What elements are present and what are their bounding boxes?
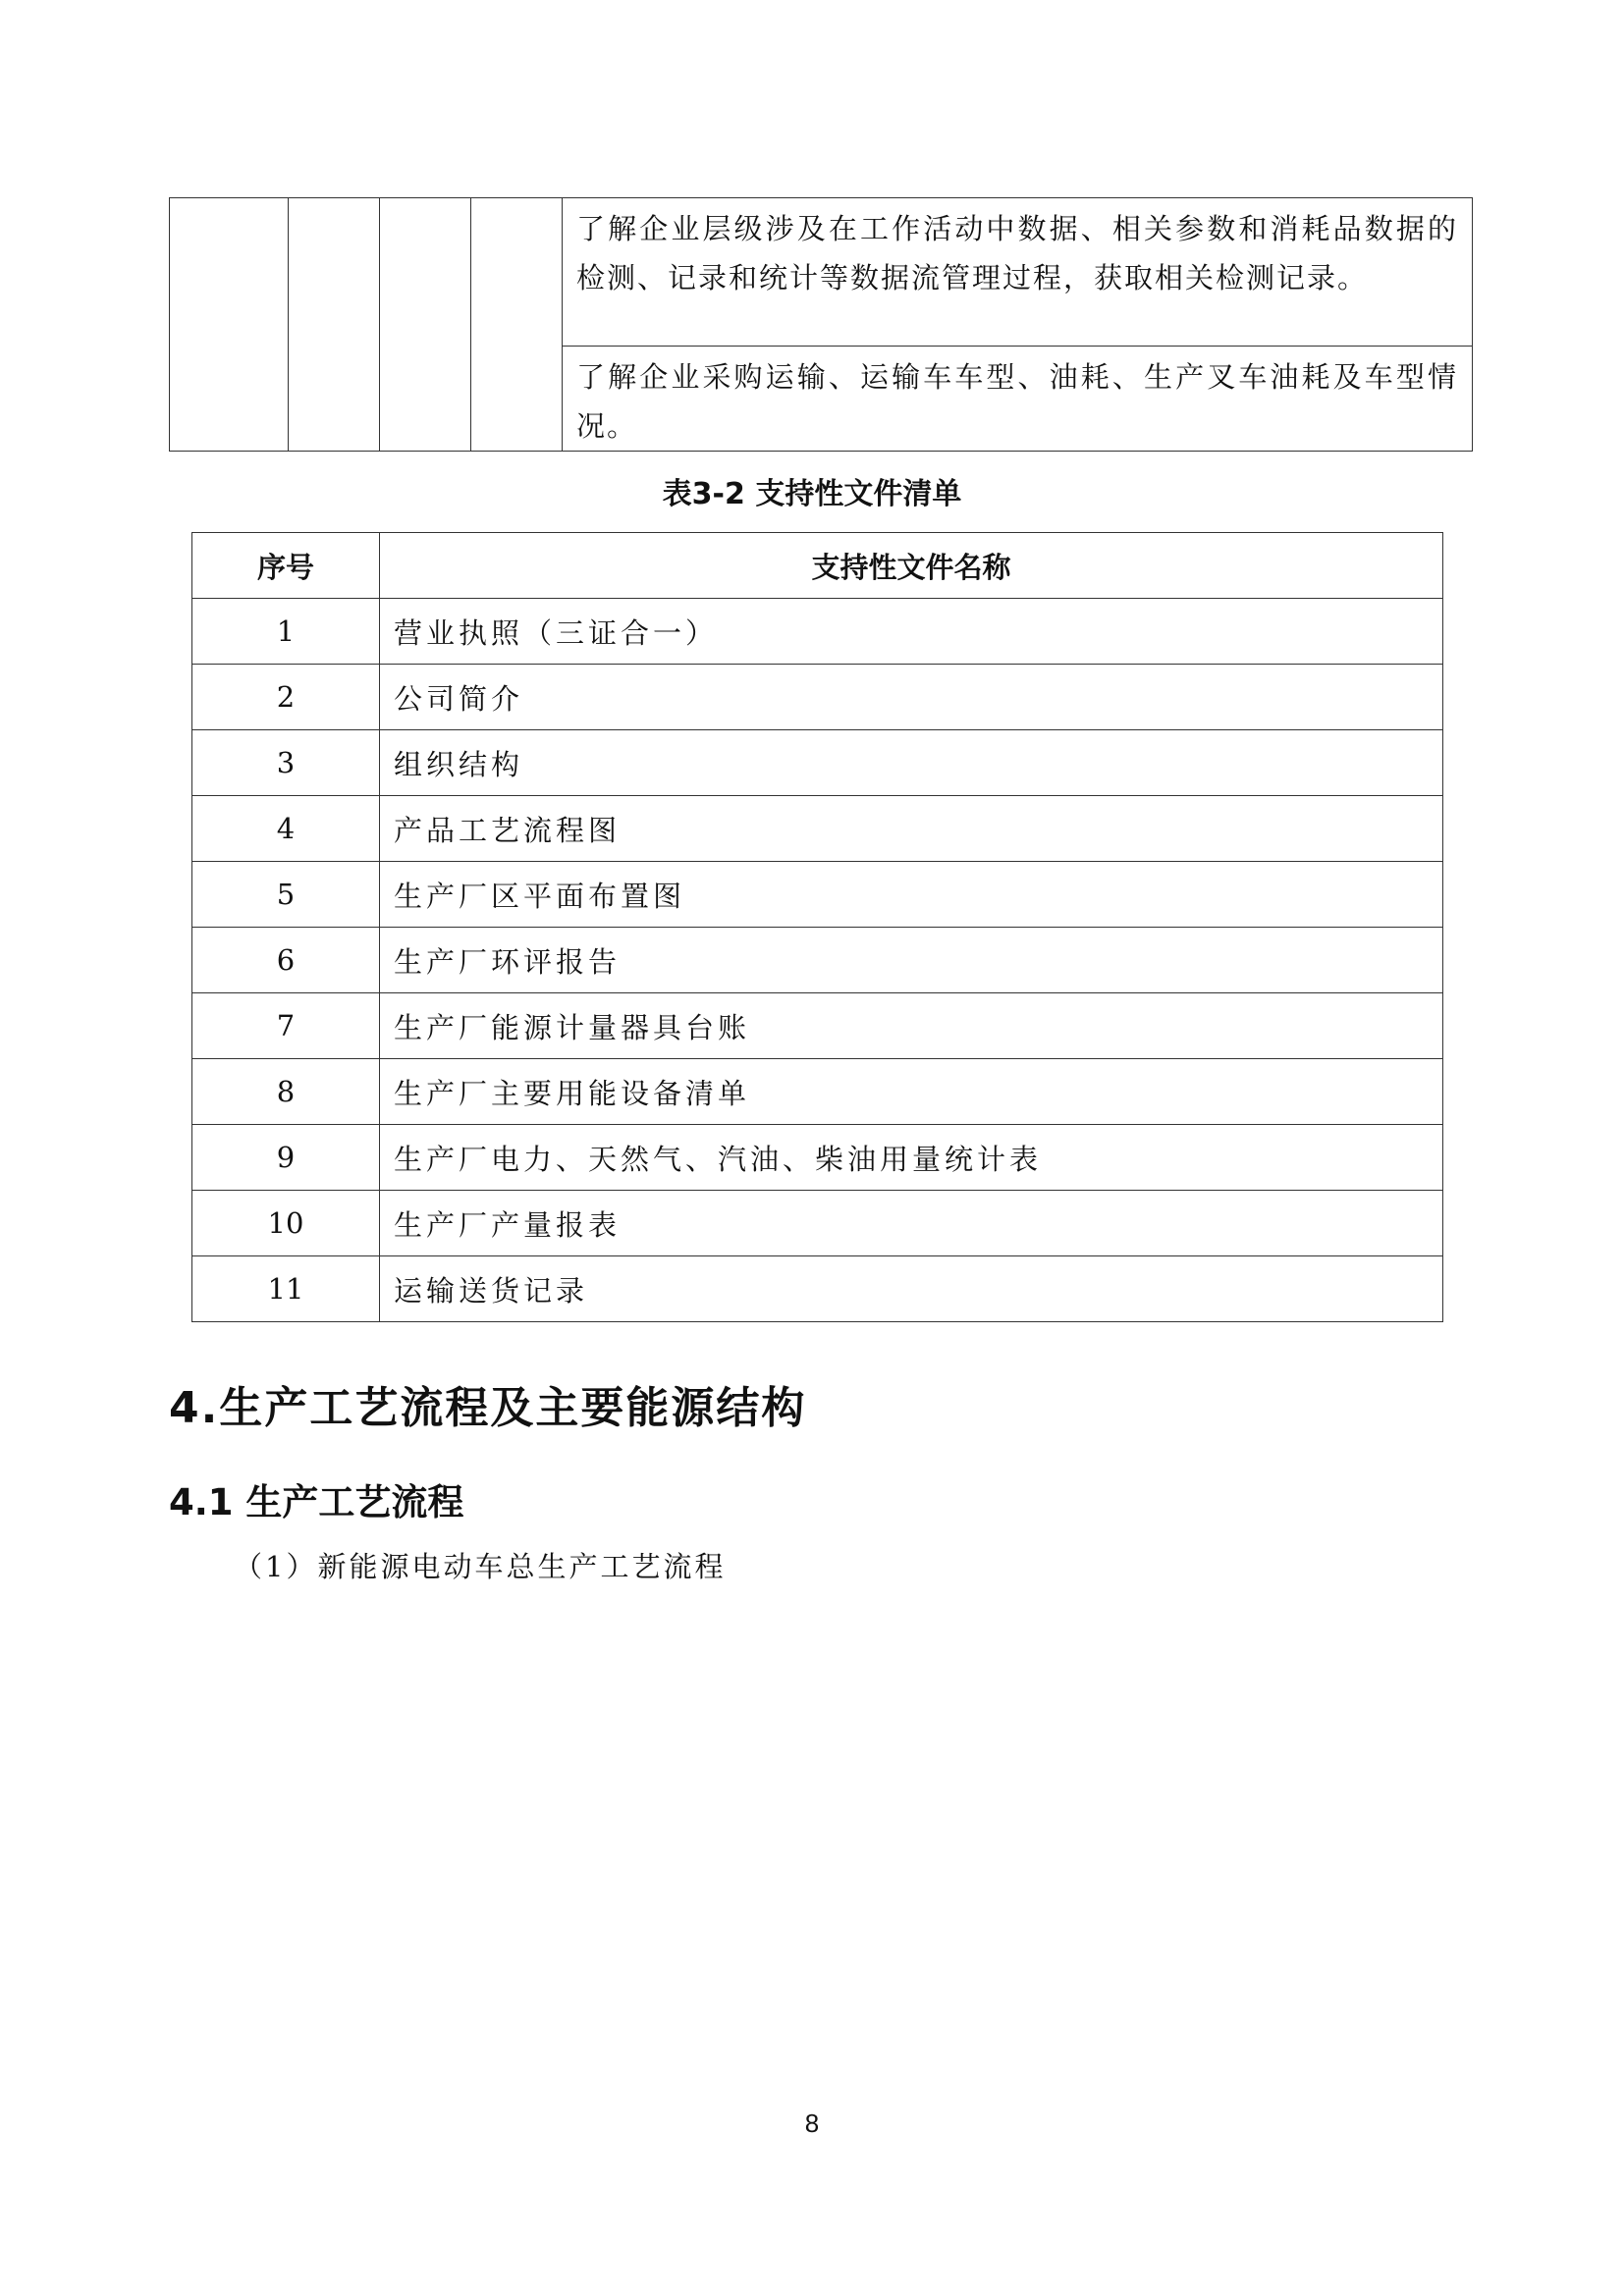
- empty-cell: [289, 198, 380, 452]
- document-name: 生产厂环评报告: [380, 928, 1443, 993]
- row-number: 4: [192, 796, 380, 862]
- table-row: 7生产厂能源计量器具台账: [192, 993, 1443, 1059]
- table-row: 6生产厂环评报告: [192, 928, 1443, 993]
- empty-cell: [170, 198, 289, 452]
- row-number: 2: [192, 665, 380, 730]
- row-number: 7: [192, 993, 380, 1059]
- description-cell: 了解企业层级涉及在工作活动中数据、相关参数和消耗品数据的检测、记录和统计等数据流…: [563, 198, 1473, 347]
- table-row: 了解企业层级涉及在工作活动中数据、相关参数和消耗品数据的检测、记录和统计等数据流…: [170, 198, 1473, 347]
- document-name: 运输送货记录: [380, 1256, 1443, 1322]
- row-number: 10: [192, 1191, 380, 1256]
- table-row: 4产品工艺流程图: [192, 796, 1443, 862]
- table-row: 3组织结构: [192, 730, 1443, 796]
- document-name: 生产厂电力、天然气、汽油、柴油用量统计表: [380, 1125, 1443, 1191]
- table-row: 8生产厂主要用能设备清单: [192, 1059, 1443, 1125]
- row-number: 6: [192, 928, 380, 993]
- table-row: 10生产厂产量报表: [192, 1191, 1443, 1256]
- row-number: 8: [192, 1059, 380, 1125]
- row-number: 9: [192, 1125, 380, 1191]
- document-name: 生产厂产量报表: [380, 1191, 1443, 1256]
- document-name: 生产厂主要用能设备清单: [380, 1059, 1443, 1125]
- table-header-row: 序号 支持性文件名称: [192, 533, 1443, 599]
- empty-cell: [471, 198, 563, 452]
- table-row: 9生产厂电力、天然气、汽油、柴油用量统计表: [192, 1125, 1443, 1191]
- document-name: 公司简介: [380, 665, 1443, 730]
- row-number: 1: [192, 599, 380, 665]
- table-row: 1营业执照（三证合一）: [192, 599, 1443, 665]
- table-row: 2公司简介: [192, 665, 1443, 730]
- document-name: 产品工艺流程图: [380, 796, 1443, 862]
- table-row: 5生产厂区平面布置图: [192, 862, 1443, 928]
- column-header-name: 支持性文件名称: [380, 533, 1443, 599]
- document-name: 生产厂能源计量器具台账: [380, 993, 1443, 1059]
- section-heading: 4.生产工艺流程及主要能源结构: [169, 1372, 806, 1435]
- table-caption: 表3-2 支持性文件清单: [0, 469, 1624, 512]
- document-name: 营业执照（三证合一）: [380, 599, 1443, 665]
- page-number: 8: [0, 2109, 1624, 2139]
- table-row: 11运输送货记录: [192, 1256, 1443, 1322]
- description-cell: 了解企业采购运输、运输车车型、油耗、生产叉车油耗及车型情况。: [563, 347, 1473, 452]
- list-item: （1）新能源电动车总生产工艺流程: [234, 1545, 726, 1585]
- document-name: 组织结构: [380, 730, 1443, 796]
- subsection-heading: 4.1 生产工艺流程: [169, 1472, 463, 1525]
- supporting-documents-table: 序号 支持性文件名称 1营业执照（三证合一） 2公司简介 3组织结构 4产品工艺…: [191, 532, 1443, 1322]
- empty-cell: [380, 198, 471, 452]
- row-number: 3: [192, 730, 380, 796]
- document-name: 生产厂区平面布置图: [380, 862, 1443, 928]
- continued-table: 了解企业层级涉及在工作活动中数据、相关参数和消耗品数据的检测、记录和统计等数据流…: [169, 197, 1473, 452]
- row-number: 5: [192, 862, 380, 928]
- column-header-no: 序号: [192, 533, 380, 599]
- row-number: 11: [192, 1256, 380, 1322]
